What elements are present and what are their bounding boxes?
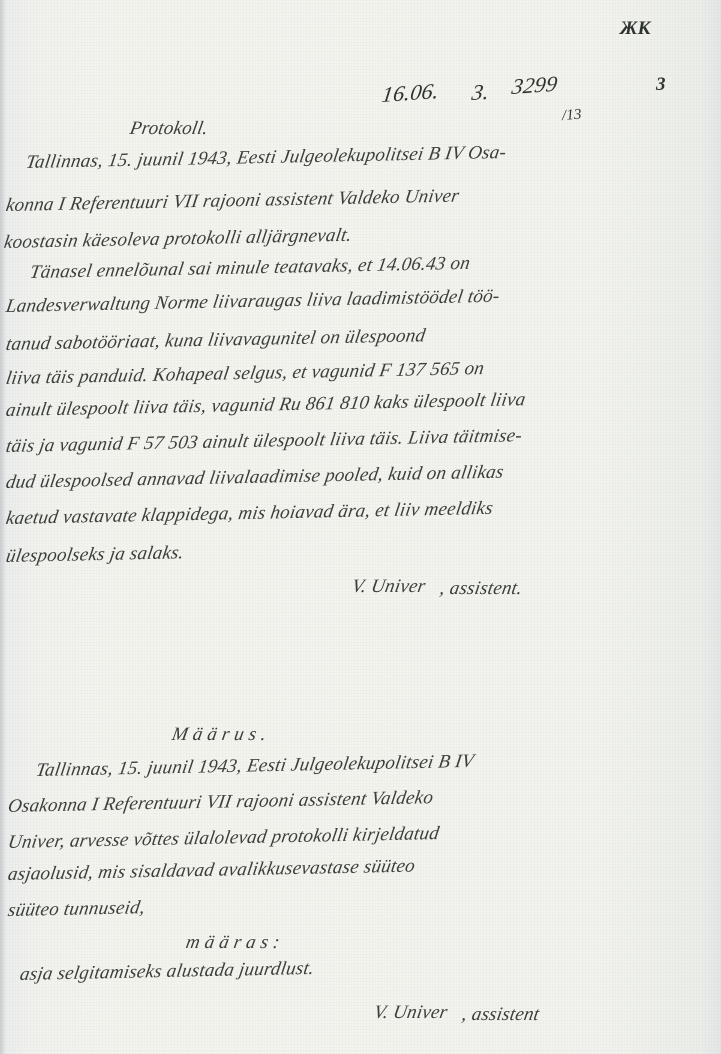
order-line: Tallinnas, 15. juunil 1943, Eesti Julgeo… <box>34 751 475 782</box>
protocol-line: kaetud vastavate klappidega, mis hoiavad… <box>4 498 494 530</box>
registry-mark: 3. <box>470 79 491 106</box>
registry-sub-number: /13 <box>561 107 582 125</box>
protocol-line: Tänasel ennelõunal sai minule teatavaks,… <box>28 253 471 284</box>
protocol-line: täis ja vagunid F 57 503 ainult ülespool… <box>4 425 523 458</box>
corner-mark: ЖК <box>620 18 651 40</box>
protocol-line: konna I Referentuuri VII rajooni assiste… <box>4 186 460 217</box>
order-title: Määrus. <box>170 724 273 746</box>
order-signature: V. Univer <box>372 1002 449 1024</box>
protocol-title: Protokoll. <box>128 118 210 140</box>
order-line: Univer, arvesse võttes ülalolevad protok… <box>6 823 440 854</box>
registry-date: 16.06. <box>380 78 441 108</box>
protocol-signature-role: , assistent. <box>438 578 524 600</box>
protocol-signature: V. Univer <box>350 576 427 598</box>
protocol-line: liiva täis panduid. Kohapeal selgus, et … <box>4 358 485 390</box>
protocol-line: koostasin käesoleva protokolli alljärgne… <box>2 225 353 254</box>
protocol-line: Tallinnas, 15. juunil 1943, Eesti Julgeo… <box>24 142 507 174</box>
protocol-line: ülespoolseks ja salaks. <box>4 542 185 568</box>
protocol-line: tanud sabotööriaat, kuna liivavagunitel … <box>4 325 427 356</box>
order-signature-role: , assistent <box>460 1004 541 1026</box>
page-number: 3 <box>656 74 666 96</box>
order-line: asjaolusid, mis sisaldavad avalikkusevas… <box>6 856 416 886</box>
protocol-line: dud ülespoolsed annavad liivalaadimise p… <box>4 462 505 494</box>
scanned-document-page: ЖК 3 16.06. 3. 3299 /13 Protokoll. Talli… <box>0 0 721 1054</box>
order-decision: asja selgitamiseks alustada juurdlust. <box>18 958 315 986</box>
protocol-line: Landesverwaltung Norme liivaraugas liiva… <box>4 286 501 318</box>
protocol-line: ainult ülespoolt liiva täis, vagunid Ru … <box>4 389 527 422</box>
registry-number: 3299 <box>510 71 559 100</box>
order-line: Osakonna I Referentuuri VII rajooni assi… <box>6 787 434 818</box>
order-decree-word: määras: <box>184 932 286 954</box>
order-line: süüteo tunnuseid, <box>6 897 146 922</box>
